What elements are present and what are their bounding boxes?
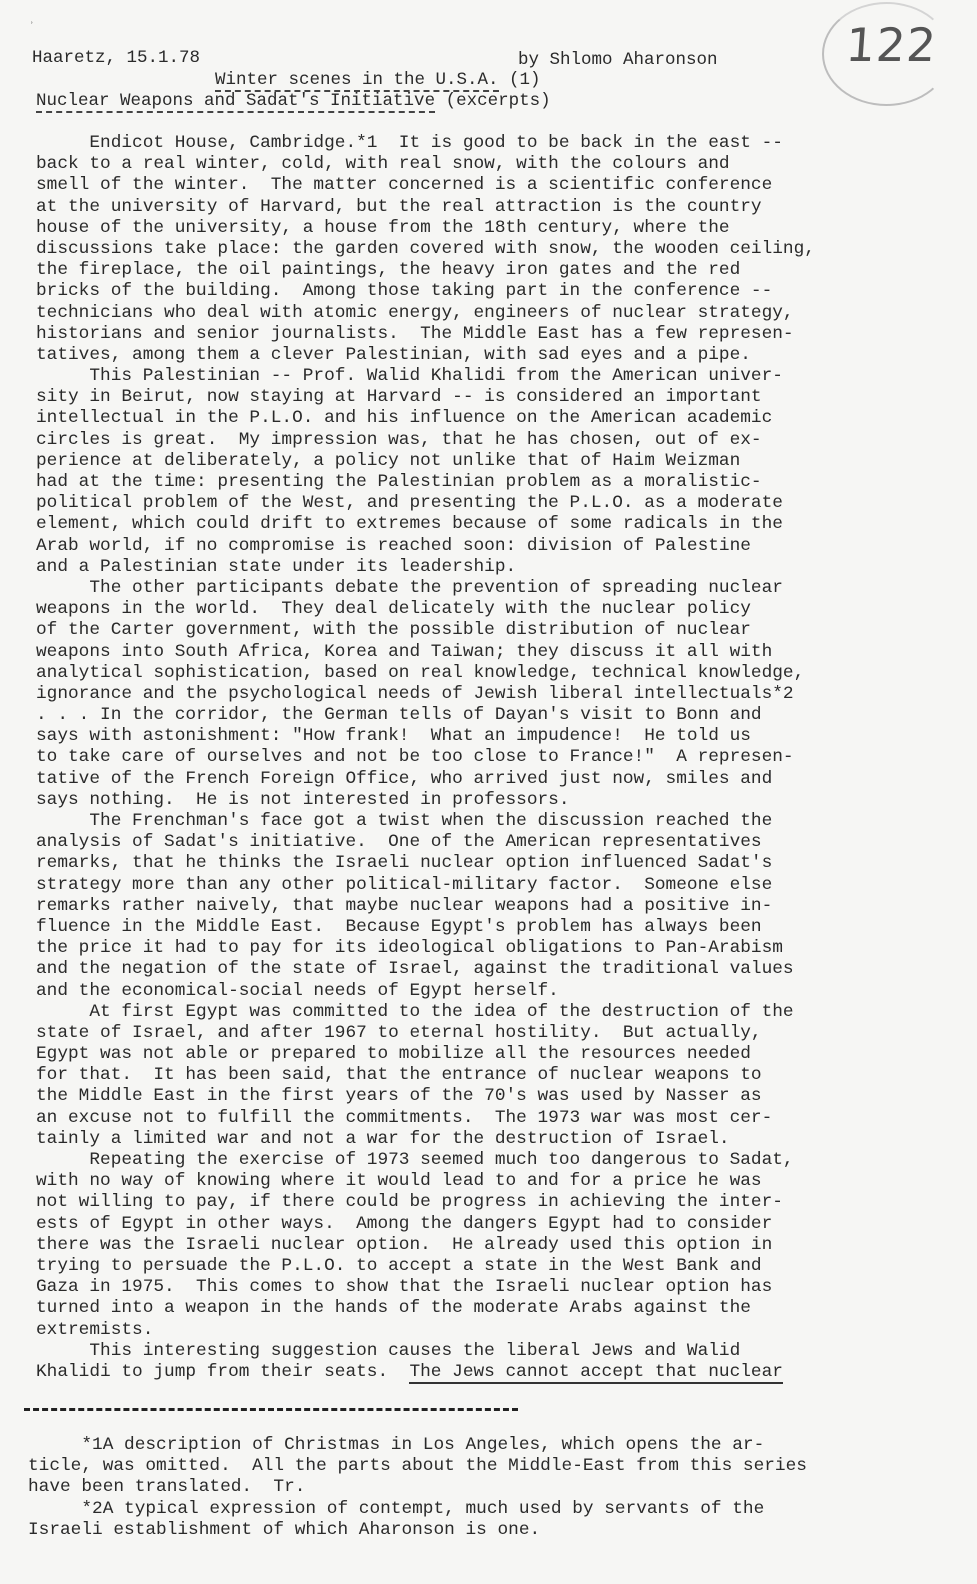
body-line: remarks rather naively, that maybe nucle… — [36, 896, 956, 917]
final-line-text: Khalidi to jump from their seats. — [36, 1362, 409, 1382]
body-line: an excuse not to fulfill the commitments… — [36, 1108, 956, 1129]
body-line: smell of the winter. The matter concerne… — [36, 175, 956, 196]
body-line: circles is great. My impression was, tha… — [36, 430, 956, 451]
body-line: says nothing. He is not interested in pr… — [36, 790, 956, 811]
footnote-line: *1A description of Christmas in Los Ange… — [28, 1435, 968, 1456]
body-line: intellectual in the P.L.O. and his influ… — [36, 408, 956, 429]
body-line: Endicot House, Cambridge.*1 It is good t… — [36, 133, 956, 154]
body-line: strategy more than any other political-m… — [36, 875, 956, 896]
body-line: to take care of ourselves and not be too… — [36, 747, 956, 768]
body-line: historians and senior journalists. The M… — [36, 324, 956, 345]
article-subtitle: Nuclear Weapons and Sadat's Initiative — [36, 91, 435, 113]
article-body: Endicot House, Cambridge.*1 It is good t… — [36, 133, 956, 1383]
body-line: and the negation of the state of Israel,… — [36, 959, 956, 980]
body-line: Egypt was not able or prepared to mobili… — [36, 1044, 956, 1065]
body-line: Arab world, if no compromise is reached … — [36, 536, 956, 557]
body-line: not willing to pay, if there could be pr… — [36, 1192, 956, 1213]
body-line: sity in Beirut, now staying at Harvard -… — [36, 387, 956, 408]
article-title: Winter scenes in the U.S.A. — [215, 70, 499, 92]
body-line: extremists. — [36, 1320, 956, 1341]
body-line: remarks, that he thinks the Israeli nucl… — [36, 853, 956, 874]
article-subtitle-line: Nuclear Weapons and Sadat's Initiative (… — [36, 91, 551, 111]
handwritten-page-number: 122 — [822, 2, 951, 106]
body-line: back to a real winter, cold, with real s… — [36, 154, 956, 175]
body-line: of the Carter government, with the possi… — [36, 620, 956, 641]
body-line: Gaza in 1975. This comes to show that th… — [36, 1277, 956, 1298]
body-line: tative of the French Foreign Office, who… — [36, 769, 956, 790]
page-number-text: 122 — [844, 18, 939, 72]
article-part-number: (1) — [499, 70, 541, 90]
footnote-line: *2A typical expression of contempt, much… — [28, 1499, 968, 1520]
body-line: there was the Israeli nuclear option. He… — [36, 1235, 956, 1256]
body-line: Repeating the exercise of 1973 seemed mu… — [36, 1150, 956, 1171]
body-line: with no way of knowing where it would le… — [36, 1171, 956, 1192]
body-line: says with astonishment: "How frank! What… — [36, 726, 956, 747]
body-line: turned into a weapon in the hands of the… — [36, 1298, 956, 1319]
body-line: the Middle East in the first years of th… — [36, 1086, 956, 1107]
body-line: . . . In the corridor, the German tells … — [36, 705, 956, 726]
body-line: ignorance and the psychological needs of… — [36, 684, 956, 705]
article-title-line: Winter scenes in the U.S.A. (1) — [215, 70, 541, 90]
source-line: Haaretz, 15.1.78 — [32, 48, 200, 68]
body-line: The other participants debate the preven… — [36, 578, 956, 599]
body-line: bricks of the building. Among those taki… — [36, 281, 956, 302]
document-page: 122 Haaretz, 15.1.78 by Shlomo Aharonson… — [0, 0, 977, 1584]
body-line: at the university of Harvard, but the re… — [36, 197, 956, 218]
body-line-final: Khalidi to jump from their seats. The Je… — [36, 1362, 956, 1383]
body-line: for that. It has been said, that the ent… — [36, 1065, 956, 1086]
footnote-divider — [24, 1408, 518, 1411]
body-line: house of the university, a house from th… — [36, 218, 956, 239]
article-subtitle-note: (excerpts) — [435, 91, 551, 111]
body-line: tatives, among them a clever Palestinian… — [36, 345, 956, 366]
body-line: had at the time: presenting the Palestin… — [36, 472, 956, 493]
body-line: tainly a limited war and not a war for t… — [36, 1129, 956, 1150]
body-line: This interesting suggestion causes the l… — [36, 1341, 956, 1362]
body-line: weapons in the world. They deal delicate… — [36, 599, 956, 620]
scan-speck: ʾ — [28, 20, 35, 34]
body-line: political problem of the West, and prese… — [36, 493, 956, 514]
body-line: state of Israel, and after 1967 to etern… — [36, 1023, 956, 1044]
body-line: technicians who deal with atomic energy,… — [36, 303, 956, 324]
final-line-underlined-text: The Jews cannot accept that nuclear — [409, 1362, 782, 1384]
body-line: ests of Egypt in other ways. Among the d… — [36, 1214, 956, 1235]
body-line: the fireplace, the oil paintings, the he… — [36, 260, 956, 281]
body-line: discussions take place: the garden cover… — [36, 239, 956, 260]
body-line: and the economical-social needs of Egypt… — [36, 981, 956, 1002]
footnote-line: have been translated. Tr. — [28, 1477, 968, 1498]
body-line: and a Palestinian state under its leader… — [36, 557, 956, 578]
body-line: the price it had to pay for its ideologi… — [36, 938, 956, 959]
body-line: analytical sophistication, based on real… — [36, 663, 956, 684]
body-line: fluence in the Middle East. Because Egyp… — [36, 917, 956, 938]
body-line: weapons into South Africa, Korea and Tai… — [36, 642, 956, 663]
body-line: This Palestinian -- Prof. Walid Khalidi … — [36, 366, 956, 387]
body-line: perience at deliberately, a policy not u… — [36, 451, 956, 472]
body-line: At first Egypt was committed to the idea… — [36, 1002, 956, 1023]
footnote-line: ticle, was omitted. All the parts about … — [28, 1456, 968, 1477]
footnotes: *1A description of Christmas in Los Ange… — [28, 1435, 968, 1541]
body-line: analysis of Sadat's initiative. One of t… — [36, 832, 956, 853]
footnote-line: Israeli establishment of which Aharonson… — [28, 1520, 968, 1541]
body-line: The Frenchman's face got a twist when th… — [36, 811, 956, 832]
body-line: trying to persuade the P.L.O. to accept … — [36, 1256, 956, 1277]
byline: by Shlomo Aharonson — [518, 50, 718, 70]
body-line: element, which could drift to extremes b… — [36, 514, 956, 535]
